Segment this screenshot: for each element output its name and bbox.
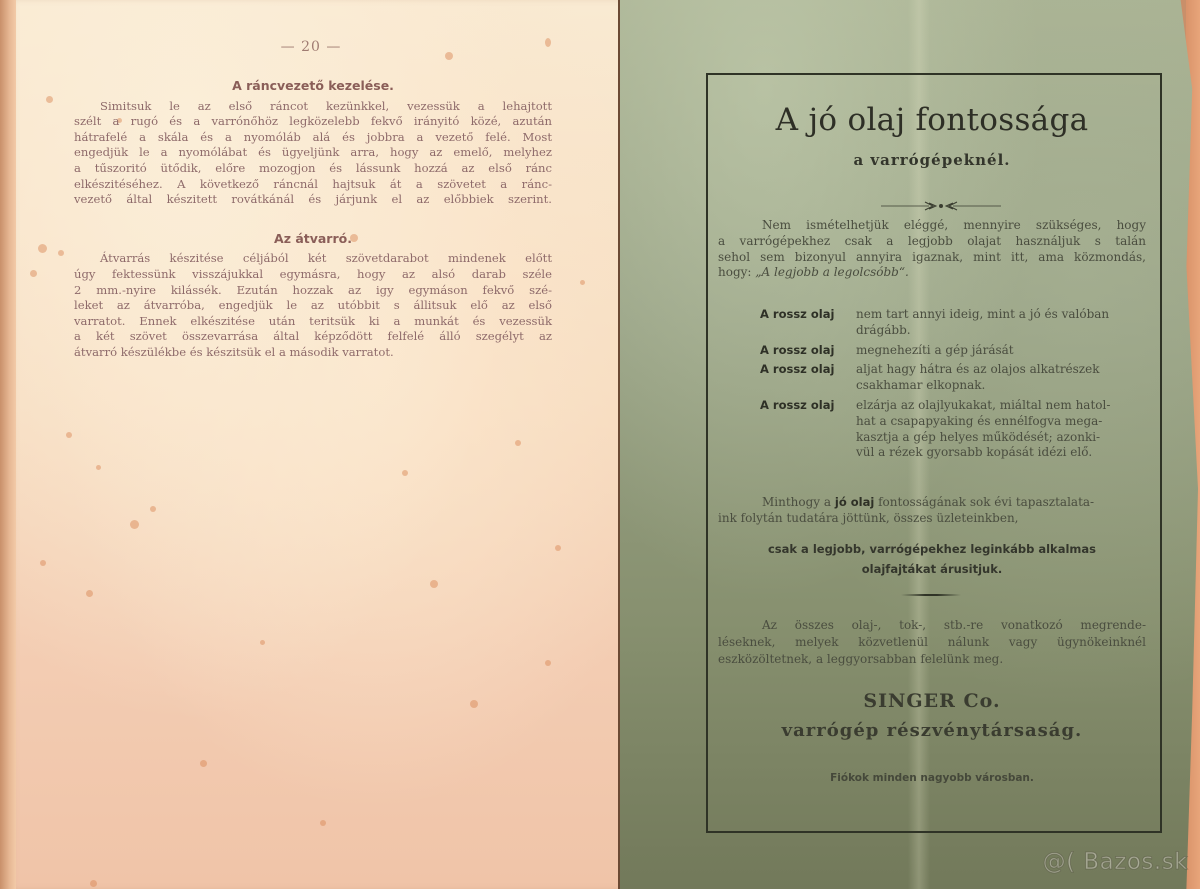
bad-oil-text: megnehezíti a gép járását — [856, 343, 1138, 359]
text-line: ink folytán tudatára jöttünk, összes üzl… — [718, 510, 1146, 526]
bad-oil-text: elzárja az olajlyukakat, miáltal nem hat… — [856, 398, 1138, 461]
company-type: varrógép részvénytársaság. — [706, 720, 1158, 741]
text-line: drágább. — [856, 323, 1138, 339]
text-line: elzárja az olajlyukakat, miáltal nem hat… — [856, 398, 1138, 414]
bad-oil-item: A rossz olaj megnehezíti a gép járását — [760, 343, 1138, 359]
bad-oil-label: A rossz olaj — [760, 343, 856, 359]
text-line: aljat hagy hátra és az olajos alkatrésze… — [856, 362, 1138, 378]
text-line: megnehezíti a gép járását — [856, 343, 1138, 359]
text-line: varratot. Ennek elkészitése után teritsü… — [74, 314, 552, 330]
text-line: vezető által készitett rovátkánál és jár… — [74, 192, 552, 208]
divider-rule — [901, 594, 961, 596]
bad-oil-text: nem tart annyi ideig, mint a jó és valób… — [856, 307, 1138, 339]
text-line: hat a csapapyaking és ennélfogva mega- — [856, 414, 1138, 430]
left-page-text: A ráncvezető kezelése. Simitsuk le az el… — [74, 78, 552, 361]
proverb: „A legjobb a legolcsóbb“. — [755, 265, 909, 279]
text-line: a tűszoritó ütődik, előre mozogjon és lá… — [74, 161, 552, 177]
text-line: nem tart annyi ideig, mint a jó és valób… — [856, 307, 1138, 323]
bad-oil-list: A rossz olaj nem tart annyi ideig, mint … — [760, 307, 1138, 465]
orders-paragraph: Az összes olaj-, tok-, stb.-re vonatkozó… — [718, 617, 1146, 668]
text-line: hogy: „A legjobb a legolcsóbb“. — [718, 265, 1146, 281]
bad-oil-label: A rossz olaj — [760, 398, 856, 461]
ad-subtitle: a varrógépeknél. — [706, 151, 1158, 169]
text-line: szélt a rugó és a varrónőhöz legközelebb… — [74, 114, 552, 130]
text-line: léseknek, melyek közvetlenül nálunk vagy… — [718, 634, 1146, 651]
text-line: olajfajtákat árusitjuk. — [718, 559, 1146, 579]
text-line: Átvarrás készitése céljából két szövetda… — [74, 251, 552, 267]
text-line: elkészitéséhez. A következő ráncnál hajt… — [74, 177, 552, 193]
good-oil-emphasis: jó olaj — [835, 495, 874, 509]
page-number: — 20 — — [0, 39, 622, 55]
section-heading-seam-binder: Az átvarró. — [74, 231, 552, 247]
text-fragment: hogy: — [718, 265, 755, 279]
bad-oil-item: A rossz olaj nem tart annyi ideig, mint … — [760, 307, 1138, 339]
paragraph-pleat-guide: Simitsuk le az első ráncot kezünkkel, ve… — [74, 99, 552, 208]
ad-intro-paragraph: Nem ismételhetjük eléggé, mennyire szüks… — [718, 218, 1146, 281]
text-line: kasztja a gép helyes működését; azonki- — [856, 430, 1138, 446]
paragraph-seam-binder: Átvarrás készitése céljából két szövetda… — [74, 251, 552, 360]
text-line: leket az átvarróba, engedjük le az utóbb… — [74, 298, 552, 314]
bad-oil-item: A rossz olaj aljat hagy hátra és az olaj… — [760, 362, 1138, 394]
watermark-logo: @( Bazos.sk — [1043, 849, 1188, 875]
ornament-divider-icon — [881, 201, 1001, 211]
company-block: SINGER Co. varrógép részvénytársaság. — [706, 690, 1158, 741]
branches-note: Fiókok minden nagyobb városban. — [706, 772, 1158, 784]
text-line: hátrafelé a skála és a nyomóláb alá és j… — [74, 130, 552, 146]
text-line: vül a rézek gyorsabb kopását idézi elő. — [856, 445, 1138, 461]
text-line: csakhamar elkopnak. — [856, 378, 1138, 394]
text-fragment: Minthogy a — [762, 495, 835, 509]
bad-oil-text: aljat hagy hátra és az olajos alkatrésze… — [856, 362, 1138, 394]
conclusion-paragraph: Minthogy a jó olaj fontosságának sok évi… — [718, 494, 1146, 526]
company-name: SINGER Co. — [706, 690, 1158, 712]
text-line: Simitsuk le az első ráncot kezünkkel, ve… — [74, 99, 552, 115]
text-line: csak a legjobb, varrógépekhez leginkább … — [718, 539, 1146, 559]
highlight-statement: csak a legjobb, varrógépekhez leginkább … — [718, 539, 1146, 579]
text-fragment: fontosságának sok évi tapasztalata- — [874, 495, 1094, 509]
left-page: — 20 — A ráncvezető kezelése. Simitsuk l… — [0, 0, 622, 889]
section-heading-pleat-guide: A ráncvezető kezelése. — [74, 78, 552, 94]
text-line: a két szövet összevarrása által képződöt… — [74, 329, 552, 345]
ad-title: A jó olaj fontossága — [706, 102, 1158, 138]
bad-oil-item: A rossz olaj elzárja az olajlyukakat, mi… — [760, 398, 1138, 461]
text-line: átvarró készülékbe és készitsük el a más… — [74, 345, 552, 361]
text-line: eszközöltetnek, a leggyorsabban felelünk… — [718, 651, 1146, 668]
text-line: Az összes olaj-, tok-, stb.-re vonatkozó… — [718, 617, 1146, 634]
text-line: Minthogy a jó olaj fontosságának sok évi… — [718, 494, 1146, 510]
text-line: engedjük le a nyomólábat és ügyeljünk ar… — [74, 145, 552, 161]
text-line: 2 mm.-nyire kilássék. Ezután hozzak az i… — [74, 283, 552, 299]
text-line: Nem ismételhetjük eléggé, mennyire szüks… — [718, 218, 1146, 234]
bad-oil-label: A rossz olaj — [760, 307, 856, 339]
text-line: sehol sem bizonyul annyira igaznak, mint… — [718, 250, 1146, 266]
bad-oil-label: A rossz olaj — [760, 362, 856, 394]
right-page-cover: A jó olaj fontossága a varrógépeknél. Ne… — [618, 0, 1198, 889]
text-line: úgy fektessünk visszájukkal egymásra, ho… — [74, 267, 552, 283]
text-line: a varrógépekhez csak a legjobb olajat ha… — [718, 234, 1146, 250]
book-spine-edge — [0, 0, 16, 889]
